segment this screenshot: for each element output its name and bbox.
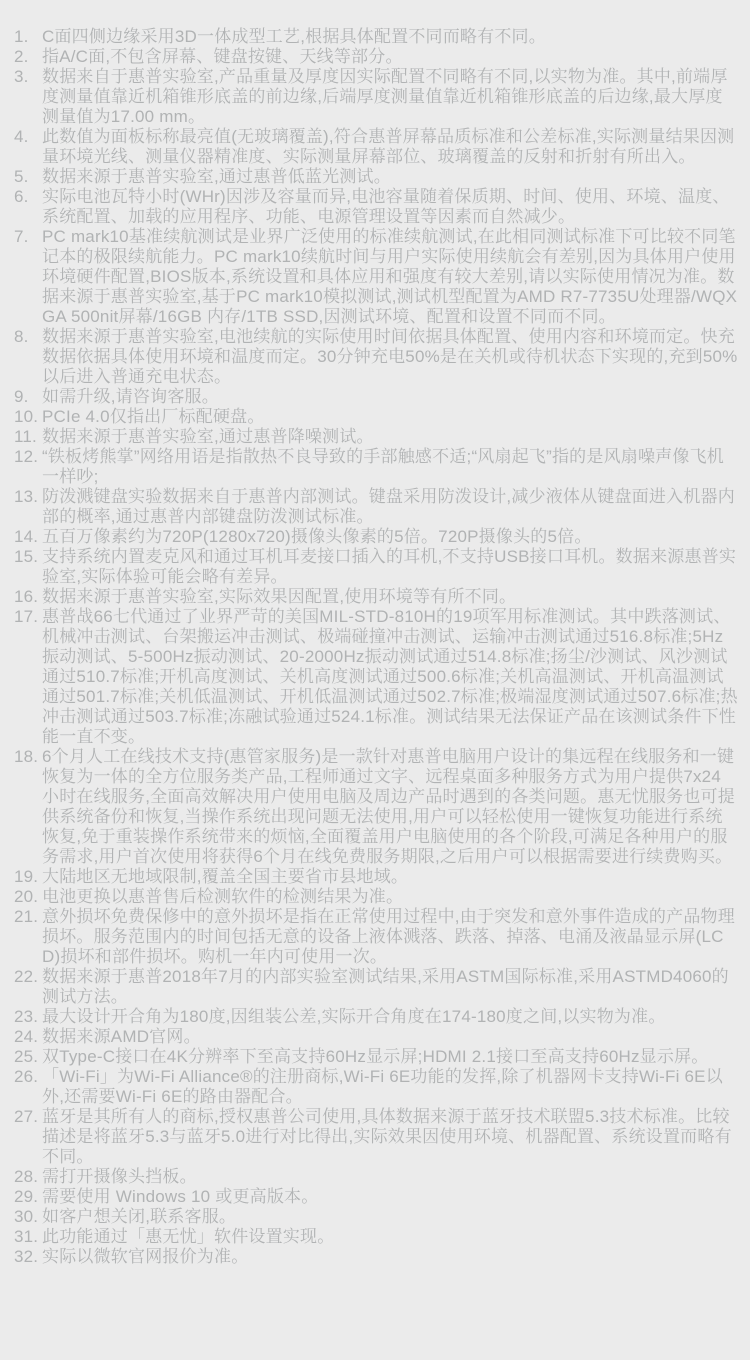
- footnote-item: 4. 此数值为面板标称最亮值(无玻璃覆盖),符合惠普屏幕品质标准和公差标准,实际…: [14, 127, 738, 167]
- footnote-number: 15.: [14, 547, 42, 567]
- footnote-item: 20. 电池更换以惠普售后检测软件的检测结果为准。: [14, 887, 738, 907]
- footnote-number: 11.: [14, 427, 42, 447]
- footnote-text: 6个月人工在线技术支持(惠管家服务)是一款针对惠普电脑用户设计的集远程在线服务和…: [42, 747, 738, 867]
- footnote-text: C面四侧边缘采用3D一体成型工艺,根据具体配置不同而略有不同。: [42, 27, 738, 47]
- footnote-number: 6.: [14, 187, 42, 207]
- footnote-item: 18. 6个月人工在线技术支持(惠管家服务)是一款针对惠普电脑用户设计的集远程在…: [14, 747, 738, 867]
- footnote-number: 17.: [14, 607, 42, 627]
- footnote-item: 7. PC mark10基准续航测试是业界广泛使用的标准续航测试,在此相同测试标…: [14, 227, 738, 327]
- footnote-number: 18.: [14, 747, 42, 767]
- footnote-number: 20.: [14, 887, 42, 907]
- footnote-text: 「Wi-Fi」为Wi-Fi Alliance®的注册商标,Wi-Fi 6E功能的…: [42, 1067, 738, 1107]
- footnote-number: 7.: [14, 227, 42, 247]
- footnote-item: 16. 数据来源于惠普实验室,实际效果因配置,使用环境等有所不同。: [14, 587, 738, 607]
- footnote-number: 10.: [14, 407, 42, 427]
- footnote-number: 14.: [14, 527, 42, 547]
- footnote-text: 数据来自于惠普实验室,产品重量及厚度因实际配置不同略有不同,以实物为准。其中,前…: [42, 67, 738, 127]
- footnote-number: 25.: [14, 1047, 42, 1067]
- footnote-item: 22. 数据来源于惠普2018年7月的内部实验室测试结果,采用ASTM国际标准,…: [14, 967, 738, 1007]
- footnote-number: 21.: [14, 907, 42, 927]
- footnote-number: 9.: [14, 387, 42, 407]
- footnote-number: 30.: [14, 1207, 42, 1227]
- footnote-text: 支持系统内置麦克风和通过耳机耳麦接口插入的耳机,不支持USB接口耳机。数据来源惠…: [42, 547, 738, 587]
- footnote-text: 数据来源于惠普2018年7月的内部实验室测试结果,采用ASTM国际标准,采用AS…: [42, 967, 738, 1007]
- footnote-text: 意外损坏免费保修中的意外损坏是指在正常使用过程中,由于突发和意外事件造成的产品物…: [42, 907, 738, 967]
- footnote-text: 数据来源AMD官网。: [42, 1027, 738, 1047]
- footnote-item: 15. 支持系统内置麦克风和通过耳机耳麦接口插入的耳机,不支持USB接口耳机。数…: [14, 547, 738, 587]
- footnote-number: 12.: [14, 447, 42, 467]
- footnote-item: 1. C面四侧边缘采用3D一体成型工艺,根据具体配置不同而略有不同。: [14, 27, 738, 47]
- footnote-text: 需要使用 Windows 10 或更高版本。: [42, 1187, 738, 1207]
- footnote-number: 16.: [14, 587, 42, 607]
- footnote-number: 23.: [14, 1007, 42, 1027]
- footnote-number: 29.: [14, 1187, 42, 1207]
- footnote-item: 10. PCIe 4.0仅指出厂标配硬盘。: [14, 407, 738, 427]
- footnote-number: 5.: [14, 167, 42, 187]
- footnote-number: 19.: [14, 867, 42, 887]
- footnote-text: 数据来源于惠普实验室,电池续航的实际使用时间依据具体配置、使用内容和环境而定。快…: [42, 327, 738, 387]
- footnote-item: 6. 实际电池瓦特小时(WHr)因涉及容量而异,电池容量随着保质期、时间、使用、…: [14, 187, 738, 227]
- footnote-text: 数据来源于惠普实验室,通过惠普降噪测试。: [42, 427, 738, 447]
- footnote-text: 指A/C面,不包含屏幕、键盘按键、天线等部分。: [42, 47, 738, 67]
- footnote-text: 实际以微软官网报价为准。: [42, 1247, 738, 1267]
- footnote-number: 28.: [14, 1167, 42, 1187]
- footnote-text: 需打开摄像头挡板。: [42, 1167, 738, 1187]
- footnote-number: 4.: [14, 127, 42, 147]
- footnote-item: 29. 需要使用 Windows 10 或更高版本。: [14, 1187, 738, 1207]
- footnote-text: PCIe 4.0仅指出厂标配硬盘。: [42, 407, 738, 427]
- footnote-item: 2. 指A/C面,不包含屏幕、键盘按键、天线等部分。: [14, 47, 738, 67]
- footnote-number: 24.: [14, 1027, 42, 1047]
- footnote-item: 26. 「Wi-Fi」为Wi-Fi Alliance®的注册商标,Wi-Fi 6…: [14, 1067, 738, 1107]
- footnote-text: 电池更换以惠普售后检测软件的检测结果为准。: [42, 887, 738, 907]
- footnote-text: 此数值为面板标称最亮值(无玻璃覆盖),符合惠普屏幕品质标准和公差标准,实际测量结…: [42, 127, 738, 167]
- footnote-item: 32. 实际以微软官网报价为准。: [14, 1247, 738, 1267]
- footnote-text: “铁板烤熊掌”网络用语是指散热不良导致的手部触感不适;“风扇起飞”指的是风扇噪声…: [42, 447, 738, 487]
- footnote-number: 13.: [14, 487, 42, 507]
- footnote-text: 双Type-C接口在4K分辨率下至高支持60Hz显示屏;HDMI 2.1接口至高…: [42, 1047, 738, 1067]
- footnote-number: 27.: [14, 1107, 42, 1127]
- footnote-item: 19. 大陆地区无地域限制,覆盖全国主要省市县地域。: [14, 867, 738, 887]
- footnote-item: 12. “铁板烤熊掌”网络用语是指散热不良导致的手部触感不适;“风扇起飞”指的是…: [14, 447, 738, 487]
- footnote-item: 30. 如客户想关闭,联系客服。: [14, 1207, 738, 1227]
- footnote-item: 3. 数据来自于惠普实验室,产品重量及厚度因实际配置不同略有不同,以实物为准。其…: [14, 67, 738, 127]
- footnote-text: 大陆地区无地域限制,覆盖全国主要省市县地域。: [42, 867, 738, 887]
- footnote-item: 21. 意外损坏免费保修中的意外损坏是指在正常使用过程中,由于突发和意外事件造成…: [14, 907, 738, 967]
- footnote-item: 25. 双Type-C接口在4K分辨率下至高支持60Hz显示屏;HDMI 2.1…: [14, 1047, 738, 1067]
- footnote-text: 实际电池瓦特小时(WHr)因涉及容量而异,电池容量随着保质期、时间、使用、环境、…: [42, 187, 738, 227]
- footnote-number: 2.: [14, 47, 42, 67]
- footnote-text: 五百万像素约为720P(1280x720)摄像头像素的5倍。720P摄像头的5倍…: [42, 527, 738, 547]
- footnote-text: 如需升级,请咨询客服。: [42, 387, 738, 407]
- footnote-list: 1. C面四侧边缘采用3D一体成型工艺,根据具体配置不同而略有不同。 2. 指A…: [14, 27, 738, 1267]
- footnote-item: 9. 如需升级,请咨询客服。: [14, 387, 738, 407]
- footnote-item: 24. 数据来源AMD官网。: [14, 1027, 738, 1047]
- footnote-item: 27. 蓝牙是其所有人的商标,授权惠普公司使用,具体数据来源于蓝牙技术联盟5.3…: [14, 1107, 738, 1167]
- footnote-text: 防泼溅键盘实验数据来自于惠普内部测试。键盘采用防泼设计,减少液体从键盘面进入机器…: [42, 487, 738, 527]
- footnote-item: 23. 最大设计开合角为180度,因组装公差,实际开合角度在174-180度之间…: [14, 1007, 738, 1027]
- footnote-number: 31.: [14, 1227, 42, 1247]
- footnote-item: 11. 数据来源于惠普实验室,通过惠普降噪测试。: [14, 427, 738, 447]
- footnote-number: 26.: [14, 1067, 42, 1087]
- footnote-item: 31. 此功能通过「惠无忧」软件设置实现。: [14, 1227, 738, 1247]
- footnote-text: 数据来源于惠普实验室,实际效果因配置,使用环境等有所不同。: [42, 587, 738, 607]
- footnote-item: 17. 惠普战66七代通过了业界严苛的美国MIL-STD-810H的19项军用标…: [14, 607, 738, 747]
- footnote-text: 蓝牙是其所有人的商标,授权惠普公司使用,具体数据来源于蓝牙技术联盟5.3技术标准…: [42, 1107, 738, 1167]
- footnote-number: 1.: [14, 27, 42, 47]
- footnote-item: 5. 数据来源于惠普实验室,通过惠普低蓝光测试。: [14, 167, 738, 187]
- footnote-item: 13. 防泼溅键盘实验数据来自于惠普内部测试。键盘采用防泼设计,减少液体从键盘面…: [14, 487, 738, 527]
- footnote-text: 最大设计开合角为180度,因组装公差,实际开合角度在174-180度之间,以实物…: [42, 1007, 738, 1027]
- footnote-number: 22.: [14, 967, 42, 987]
- footnote-text: 此功能通过「惠无忧」软件设置实现。: [42, 1227, 738, 1247]
- footnote-text: 惠普战66七代通过了业界严苛的美国MIL-STD-810H的19项军用标准测试。…: [42, 607, 738, 747]
- footnote-item: 28. 需打开摄像头挡板。: [14, 1167, 738, 1187]
- footnote-number: 3.: [14, 67, 42, 87]
- footnote-text: 如客户想关闭,联系客服。: [42, 1207, 738, 1227]
- footnote-text: 数据来源于惠普实验室,通过惠普低蓝光测试。: [42, 167, 738, 187]
- footnote-text: PC mark10基准续航测试是业界广泛使用的标准续航测试,在此相同测试标准下可…: [42, 227, 738, 327]
- footnote-item: 14. 五百万像素约为720P(1280x720)摄像头像素的5倍。720P摄像…: [14, 527, 738, 547]
- footnote-number: 8.: [14, 327, 42, 347]
- product-disclaimer-page: 1. C面四侧边缘采用3D一体成型工艺,根据具体配置不同而略有不同。 2. 指A…: [0, 0, 750, 1360]
- footnote-item: 8. 数据来源于惠普实验室,电池续航的实际使用时间依据具体配置、使用内容和环境而…: [14, 327, 738, 387]
- footnote-number: 32.: [14, 1247, 42, 1267]
